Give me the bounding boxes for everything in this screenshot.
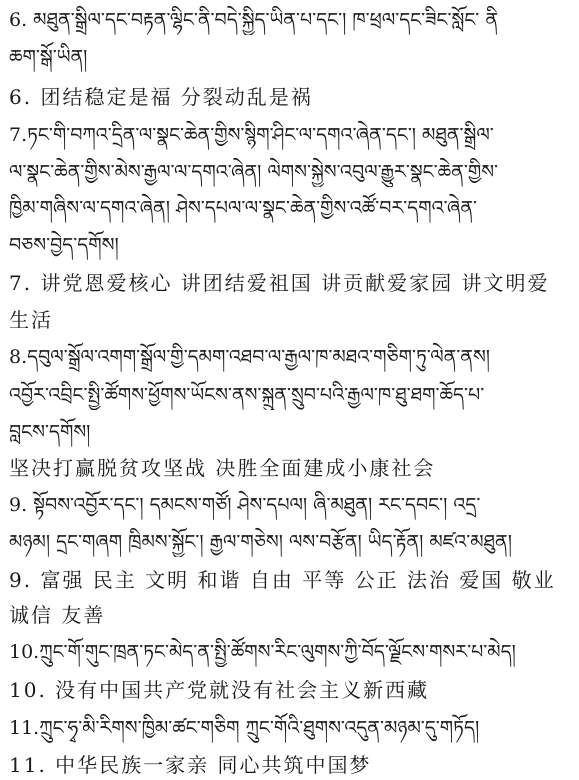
- chinese-line-9a: 9. 富强 民主 文明 和谐 自由 平等 公正 法治 爱国 敬业: [9, 565, 575, 595]
- tibetan-line-7b: ལ་སྣང་ཆེན་གྱིས་མེས་རྒྱལ་ལ་དགའ་ཞེན། ལེགས་…: [9, 157, 575, 187]
- chinese-line-11: 11. 中华民族一家亲 同心共筑中国梦: [9, 750, 575, 780]
- tibetan-line-7a: 7.ཏང་གི་བཀའ་དྲིན་ལ་སྣང་ཆེན་གྱིས་སྙིག་ཤིང…: [9, 120, 575, 150]
- tibetan-line-11: 11.ཀྲུང་ཧྭ་མི་རིགས་ཁྱིམ་ཚང་གཅིག ཀྲུང་གོའ…: [9, 713, 575, 743]
- tibetan-line-9a: 9. སྟོབས་འབྱོར་དང་། དམངས་གཙོ། ཤེས་དཔལ། ཞ…: [9, 490, 575, 520]
- tibetan-line-7c: ཁྱིམ་གཞིས་ལ་དགའ་ཞེན། ཤེས་དཔལ་ལ་སྣང་ཆེན་ག…: [9, 193, 575, 223]
- chinese-line-8: 坚决打赢脱贫攻坚战 决胜全面建成小康社会: [9, 453, 575, 483]
- tibetan-line-8b: འབྱོར་འབྲིང་སྤྱི་ཚོགས་ཕྱོགས་ཡོངས་ནས་སྐྲུ…: [9, 380, 575, 410]
- chinese-line-6: 6. 团结稳定是福 分裂动乱是祸: [9, 82, 575, 112]
- tibetan-line-7d: བཅས་བྱེད་དགོས།: [9, 230, 575, 260]
- chinese-line-7b: 生活: [9, 305, 575, 335]
- tibetan-line-6b: ཆག་སྒོ་ཡིན།: [9, 42, 575, 72]
- chinese-line-9b: 诚信 友善: [9, 600, 575, 630]
- tibetan-line-8c: བླངས་དགོས།: [9, 417, 575, 447]
- tibetan-line-6a: 6. མཐུན་སྒྲིལ་དང་བརྟན་ལྷིང་ནི་བདེ་སྐྱིད་…: [9, 5, 575, 35]
- document-page: 6. མཐུན་སྒྲིལ་དང་བརྟན་ལྷིང་ནི་བདེ་སྐྱིད་…: [0, 0, 579, 780]
- tibetan-line-9b: མཉམ། དྲང་གཞག ཁྲིམས་སྐྱོང་། རྒྱལ་གཅེས། ལས…: [9, 527, 575, 557]
- tibetan-line-8a: 8.དབུལ་སྒྲོལ་འགག་སྒྲོལ་གྱི་དམག་འཐབ་ལ་རྒྱ…: [9, 342, 575, 372]
- chinese-line-10: 10. 没有中国共产党就没有社会主义新西藏: [9, 675, 575, 705]
- chinese-line-7a: 7. 讲党恩爱核心 讲团结爱祖国 讲贡献爱家园 讲文明爱: [9, 268, 575, 298]
- tibetan-line-10: 10.ཀྲུང་གོ་གུང་ཁྲན་ཏང་མེད་ན་སྤྱི་ཚོགས་རི…: [9, 637, 575, 667]
